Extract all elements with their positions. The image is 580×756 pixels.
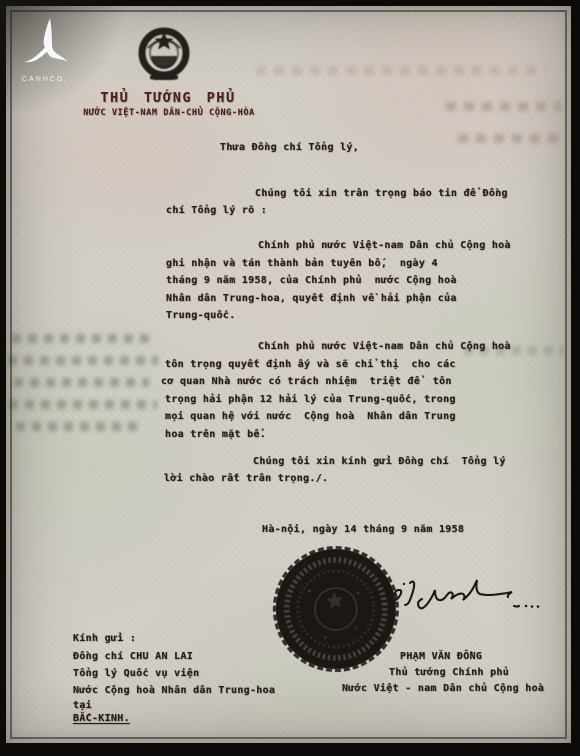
- bleedthrough-smudge: [16, 422, 141, 431]
- letter-line: hoa trên mặt bể.: [165, 429, 266, 440]
- canhco-watermark: CANHCO.: [14, 14, 94, 94]
- bleedthrough-smudge: [458, 134, 563, 143]
- signature-scrawl: [386, 562, 546, 617]
- letter-line: cơ quan Nhà nước có trách nhiệm triệt để…: [161, 376, 452, 387]
- recipient-addressee: Đồng chí CHU AN LAI: [73, 651, 193, 662]
- letter-line: tháng 9 năm 1958, của Chính phủ nước Cộn…: [166, 275, 457, 286]
- bleedthrough-smudge: [9, 400, 157, 409]
- letter-line: Chính phủ nước Việt-nam Dân chủ Cộng hoà: [258, 341, 511, 352]
- letter-line: lời chào rất trân trọng./.: [164, 473, 328, 484]
- letter-paper: THỦ TƯỚNG PHỦ NƯỚC VIỆT-NAM DÂN-CHỦ CỘNG…: [6, 6, 571, 743]
- signer-name: PHẠM VĂN ĐỒNG: [400, 651, 482, 662]
- bleedthrough-smudge: [8, 356, 158, 365]
- bleedthrough-smudge: [12, 334, 152, 343]
- letter-line: chí Tổng lý rõ :: [166, 205, 267, 216]
- date-line: Hà-nội, ngày 14 tháng 9 năm 1958: [262, 524, 464, 535]
- crane-bird-icon: [14, 14, 86, 74]
- letter-line: ghi nhận và tán thành bản tuyên bố, ngày…: [166, 258, 438, 269]
- vietnam-emblem-icon: [136, 24, 192, 86]
- letter-line: Chính phủ nước Việt-nam Dân chủ Cộng hoà: [258, 240, 511, 251]
- letter-line: tôn trọng quyết định ấy và sẽ chỉ thị ch…: [165, 359, 456, 370]
- scanned-letter-photo: THỦ TƯỚNG PHỦ NƯỚC VIỆT-NAM DÂN-CHỦ CỘNG…: [0, 0, 580, 756]
- letter-line: mọi quan hệ với nước Cộng hoà Nhân dân T…: [165, 411, 456, 422]
- bleedthrough-smudge: [14, 378, 149, 387]
- letter-line: Nhân dân Trung-hoa, quyết định về hải ph…: [166, 293, 457, 304]
- greeting-line: Thưa Đồng chí Tổng lý,: [220, 142, 359, 153]
- letter-line: Chúng tôi xin trân trọng báo tin để Đồng: [255, 188, 508, 199]
- watermark-brand-label: CANHCO.: [22, 76, 68, 83]
- signer-org: Nước Việt - nam Dân chủ Cộng hoà: [342, 683, 544, 694]
- bleedthrough-smudge: [256, 66, 546, 75]
- recipient-salutation: Kính gửi :: [73, 633, 136, 644]
- letter-line: trọng hải phận 12 hải lý của Trung-quốc,…: [165, 394, 456, 405]
- recipient-at: tại: [73, 700, 92, 711]
- bleedthrough-smudge: [446, 102, 561, 111]
- letter-line: Trung-quốc.: [166, 310, 236, 321]
- office-title: THỦ TƯỚNG PHỦ: [68, 90, 268, 106]
- recipient-country: Nước Cộng hoà Nhân dân Trung-hoa: [73, 685, 275, 696]
- recipient-title: Tổng lý Quốc vụ viện: [73, 668, 199, 679]
- letter-line: Chúng tôi xin kính gửi Đồng chí Tổng lý: [253, 456, 506, 467]
- signer-title: Thủ tướng Chính phủ: [389, 667, 509, 678]
- country-title: NƯỚC VIỆT-NAM DÂN-CHỦ CỘNG-HÒA: [41, 108, 297, 118]
- recipient-city: BẮC-KINH.: [73, 713, 130, 724]
